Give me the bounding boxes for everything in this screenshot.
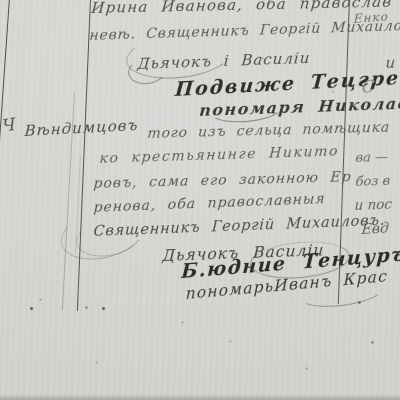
overflow-fragment: и xyxy=(385,56,396,71)
scan-edge-shadow xyxy=(0,394,400,400)
handwriting-line: ренова, оба православныя xyxy=(93,192,326,215)
handwriting-line: ко крестьянинге Никито xyxy=(99,144,340,166)
overflow-fragment: С xyxy=(362,79,375,97)
column-rule-left xyxy=(0,0,10,310)
handwriting-line: того изъ сельца помѣщика При xyxy=(147,120,400,142)
overflow-fragment: ва — xyxy=(355,151,388,165)
margin-record-mark: Ч xyxy=(2,117,16,136)
overflow-fragment: Енко xyxy=(354,11,389,26)
overflow-fragment: Евд xyxy=(361,222,389,237)
register-scan-page: Ч Ирина Иванова, оба православ ро невѣ. … xyxy=(0,0,400,400)
paper-specks xyxy=(0,0,1,1)
overflow-fragment: боз в xyxy=(355,175,390,189)
handwriting-line: Вѣндимцовъ xyxy=(24,118,139,139)
overflow-fragment: и пос xyxy=(354,199,392,214)
handwriting-line: Дьячокъ і Василіи xyxy=(137,51,311,72)
handwriting-line: ровъ, сама его законною Ер xyxy=(93,170,352,191)
